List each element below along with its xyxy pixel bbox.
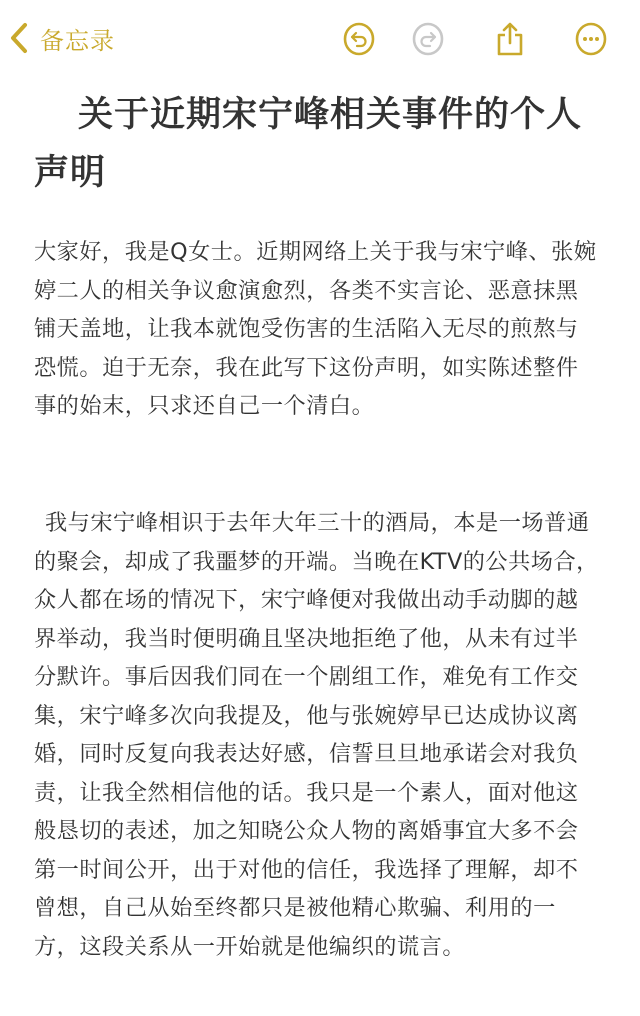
undo-icon (342, 21, 376, 57)
navigation-bar: 备忘录 (0, 0, 640, 78)
note-paragraph[interactable]: 大家好，我是Q女士。近期网络上关于我与宋宁峰、张婉婷二人的相关争议愈演愈烈，各类… (34, 233, 600, 426)
more-icon (574, 21, 608, 57)
share-icon (493, 21, 527, 57)
back-label: 备忘录 (40, 21, 115, 56)
note-title[interactable]: 关于近期宋宁峰相关事件的个人声明 (34, 86, 614, 202)
note-paragraph[interactable]: 我与宋宁峰相识于去年大年三十的酒局，本是一场普通的聚会，却成了我噩梦的开端。当晚… (34, 504, 600, 966)
redo-button[interactable] (410, 20, 446, 58)
redo-icon (411, 21, 445, 57)
chevron-left-icon (8, 22, 30, 54)
more-button[interactable] (573, 20, 609, 58)
undo-button[interactable] (341, 20, 377, 58)
back-button[interactable]: 备忘录 (8, 20, 115, 56)
share-button[interactable] (492, 20, 528, 58)
